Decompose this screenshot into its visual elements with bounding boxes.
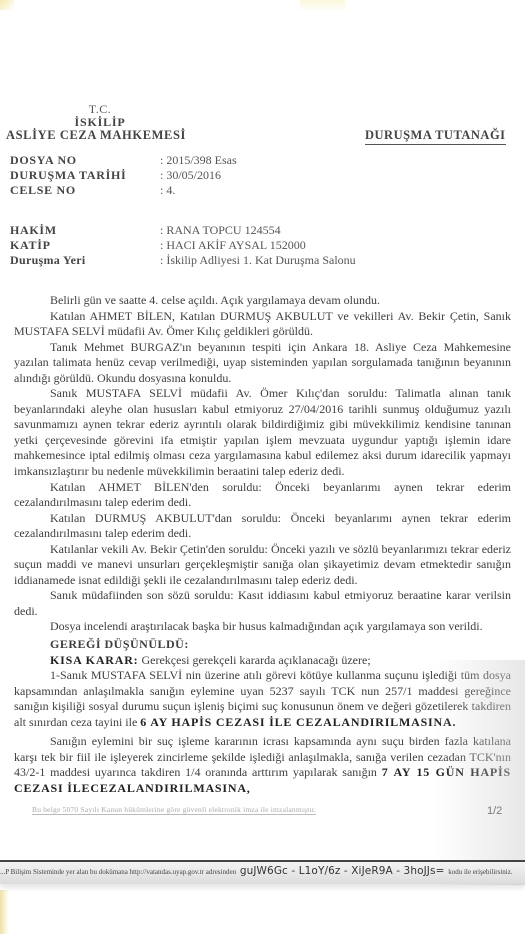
paragraph-participant-1: Katılan AHMET BİLEN'den soruldu: Önceki … (14, 480, 511, 511)
paragraph-participants-counsel: Katılanlar vekili Av. Bekir Çetin'den so… (14, 542, 511, 589)
hearing-place-value: : İskilip Adliyesi 1. Kat Duruşma Salonu (160, 253, 356, 268)
decision-item-1-sentence: 6 AY HAPİS CEZASI İLE CEZALANDIRILMASINA… (140, 715, 456, 729)
document-title: DURUŞMA TUTANAĞI (365, 128, 506, 145)
paper-stain-decor (300, 0, 345, 12)
judge-value: : RANA TOPCU 124554 (160, 223, 281, 238)
short-decision-text: Gerekçesi gerekçeli kararda açıklanacağı… (138, 653, 370, 667)
short-decision-label: KISA KARAR: (50, 653, 138, 667)
uyap-verification-line: ...P Bilişim Sisteminde yer alan bu dokü… (0, 865, 513, 877)
judge-row: HAKİM : RANA TOPCU 124554 (10, 223, 356, 238)
e-signature-note: Bu belge 5070 Sayılı Kanun hükümlerine g… (32, 805, 316, 815)
hearing-date-row: DURUŞMA TARİHİ : 30/05/2016 (10, 168, 237, 183)
paragraph-trial-closed: Dosya incelendi araştırılacak başka bir … (14, 619, 511, 635)
court-name: ASLİYE CEZA MAHKEMESİ (6, 128, 186, 143)
uyap-prefix: ...P Bilişim Sisteminde yer alan bu dokü… (0, 868, 236, 876)
paper-edge-decor (0, 890, 8, 934)
clerk-label: KATİP (10, 238, 160, 253)
clerk-value: : HACI AKİF AYSAL 152000 (160, 238, 306, 253)
judge-label: HAKİM (10, 223, 160, 238)
hearing-place-row: Duruşma Yeri : İskilip Adliyesi 1. Kat D… (10, 253, 356, 268)
hearing-minutes-body: Belirli gün ve saatte 4. celse açıldı. A… (14, 293, 511, 797)
case-file-value: : 2015/398 Esas (160, 153, 237, 168)
decision-item-1: 1-Sanık MUSTAFA SELVİ nin üzerine atılı … (14, 668, 511, 730)
session-no-row: CELSE NO : 4. (10, 183, 237, 198)
uyap-verification-band: ...P Bilişim Sisteminde yer alan bu dokü… (0, 860, 525, 884)
paragraph-participant-2: Katılan DURMUŞ AKBULUT'dan soruldu: Önce… (14, 511, 511, 542)
paragraph-witness: Tanık Mehmet BURGAZ'ın beyanının tespiti… (14, 340, 511, 387)
case-file-label: DOSYA NO (10, 153, 160, 168)
hearing-date-label: DURUŞMA TARİHİ (10, 168, 160, 183)
paragraph-defense-counsel: Sanık MUSTAFA SELVİ müdafii Av. Ömer Kıl… (14, 386, 511, 479)
uyap-access-code: guJW6Gc - L1oY/6z - XiJeR9A - 3hoJJs= (238, 865, 447, 877)
case-file-row: DOSYA NO : 2015/398 Esas (10, 153, 237, 168)
page-number: 1/2 (487, 805, 502, 817)
case-info: DOSYA NO : 2015/398 Esas DURUŞMA TARİHİ … (10, 153, 237, 198)
court-staff: HAKİM : RANA TOPCU 124554 KATİP : HACI A… (10, 223, 356, 268)
paragraph-last-word: Sanık müdafiinden son sözü soruldu: Kası… (14, 588, 511, 619)
hearing-place-label: Duruşma Yeri (10, 253, 160, 268)
hearing-date-value: : 30/05/2016 (160, 168, 221, 183)
session-no-value: : 4. (160, 183, 175, 198)
paper-corner-decor (0, 0, 14, 10)
short-decision: KISA KARAR: Gerekçesi gerekçeli kararda … (14, 653, 511, 669)
decision-item-2: Sanığın eylemini bir suç işleme kararını… (14, 730, 511, 796)
paragraph-session-opened: Belirli gün ve saatte 4. celse açıldı. A… (14, 293, 511, 309)
uyap-suffix: kodu ile erişebilirsiniz. (448, 868, 512, 876)
session-no-label: CELSE NO (10, 183, 160, 198)
paragraph-attendance: Katılan AHMET BİLEN, Katılan DURMUŞ AKBU… (14, 309, 511, 340)
decision-heading: GEREĞİ DÜŞÜNÜLDÜ: (14, 635, 511, 653)
clerk-row: KATİP : HACI AKİF AYSAL 152000 (10, 238, 356, 253)
